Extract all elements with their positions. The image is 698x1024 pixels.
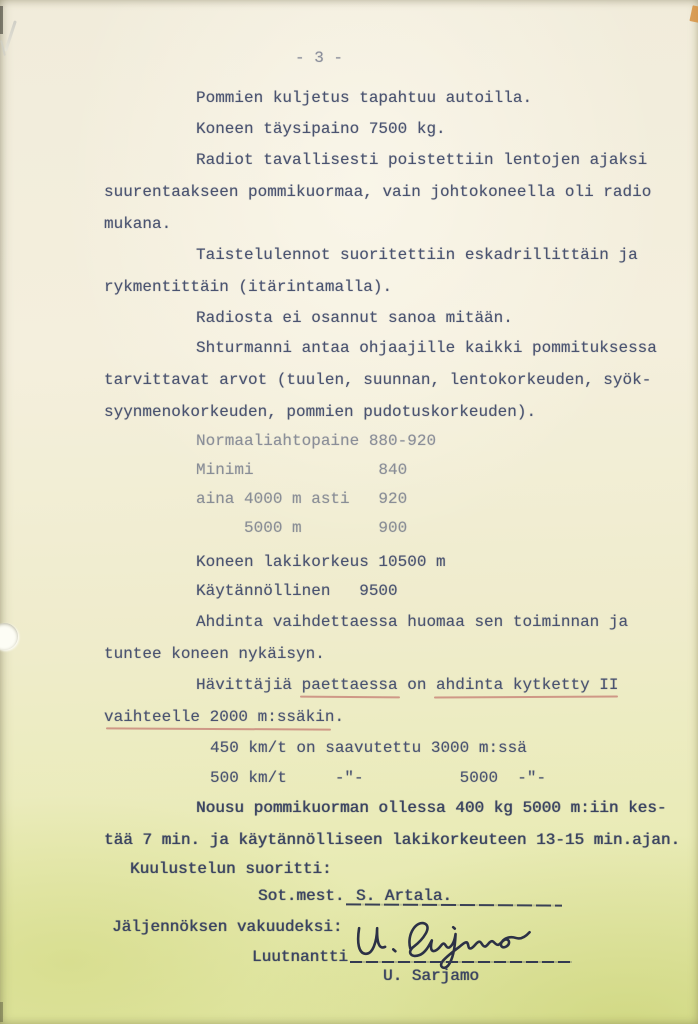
emphasis-underline — [300, 696, 400, 699]
doc-line: 450 km/t on saavutettu 3000 m:ssä — [210, 738, 527, 758]
doc-line: tää 7 min. ja käytännölliseen lakikorkeu… — [104, 830, 680, 850]
doc-line: 5000 m 900 — [196, 518, 407, 538]
page-number: - 3 - — [295, 48, 343, 68]
corner-stain — [689, 5, 698, 23]
doc-line: Radiosta ei osannut sanoa mitään. — [196, 308, 513, 328]
doc-line: Hävittäjiä paettaessa on ahdinta kytkett… — [196, 675, 618, 695]
doc-line: Ahdinta vaihdettaessa huomaa sen toiminn… — [196, 612, 628, 632]
doc-line: 500 km/t -"- 5000 -"- — [210, 768, 546, 788]
paper-edge-shadow — [0, 6, 3, 34]
paper-edge-shadow — [0, 1002, 3, 1022]
interrogator-heading: Kuulustelun suoritti: — [130, 859, 332, 879]
doc-line: syynmenokorkeuden, pommien pudotuskorkeu… — [104, 402, 536, 422]
doc-line: Käytännöllinen 9500 — [196, 581, 398, 601]
doc-line: Koneen täysipaino 7500 kg. — [196, 119, 446, 139]
doc-line: tarvittavat arvot (tuulen, suunnan, lent… — [104, 370, 651, 390]
doc-line: Koneen lakikorkeus 10500 m — [196, 552, 446, 572]
signature-line — [350, 961, 572, 963]
signer-typed-name: U. Sarjamo — [383, 966, 479, 986]
corner-fold-mark — [4, 20, 17, 51]
doc-line: tuntee koneen nykäisyn. — [104, 644, 325, 664]
signer-rank: Luutnantti — [252, 947, 348, 967]
interrogator-rank: Sot.mest. — [258, 886, 344, 906]
doc-line: Nousu pommikuorman ollessa 400 kg 5000 m… — [196, 798, 666, 818]
doc-line: rykmentittäin (itärintamalla). — [104, 277, 392, 297]
emphasis-underline — [106, 727, 331, 730]
document-page: - 3 - Pommien kuljetus tapahtuu autoilla… — [0, 0, 698, 1024]
doc-line: Pommien kuljetus tapahtuu autoilla. — [196, 88, 532, 108]
doc-line: Radiot tavallisesti poistettiin lentojen… — [196, 150, 647, 170]
signature-line — [346, 903, 562, 906]
doc-line: Minimi 840 — [196, 460, 407, 480]
doc-line: Normaaliahtopaine 880-920 — [196, 431, 436, 451]
doc-line: suurentaakseen pommikuormaa, vain johtok… — [104, 182, 651, 202]
doc-line: Shturmanni antaa ohjaajille kaikki pommi… — [196, 338, 657, 358]
doc-line: aina 4000 m asti 920 — [196, 489, 407, 509]
doc-line: mukana. — [104, 214, 171, 234]
doc-line: Taistelulennot suoritettiin eskadrillitt… — [196, 245, 638, 265]
punch-hole — [0, 623, 18, 650]
certification-heading: Jäljennöksen vakuudeksi: — [112, 917, 342, 937]
emphasis-underline — [434, 696, 618, 699]
doc-line: vaihteelle 2000 m:ssäkin. — [104, 707, 344, 727]
